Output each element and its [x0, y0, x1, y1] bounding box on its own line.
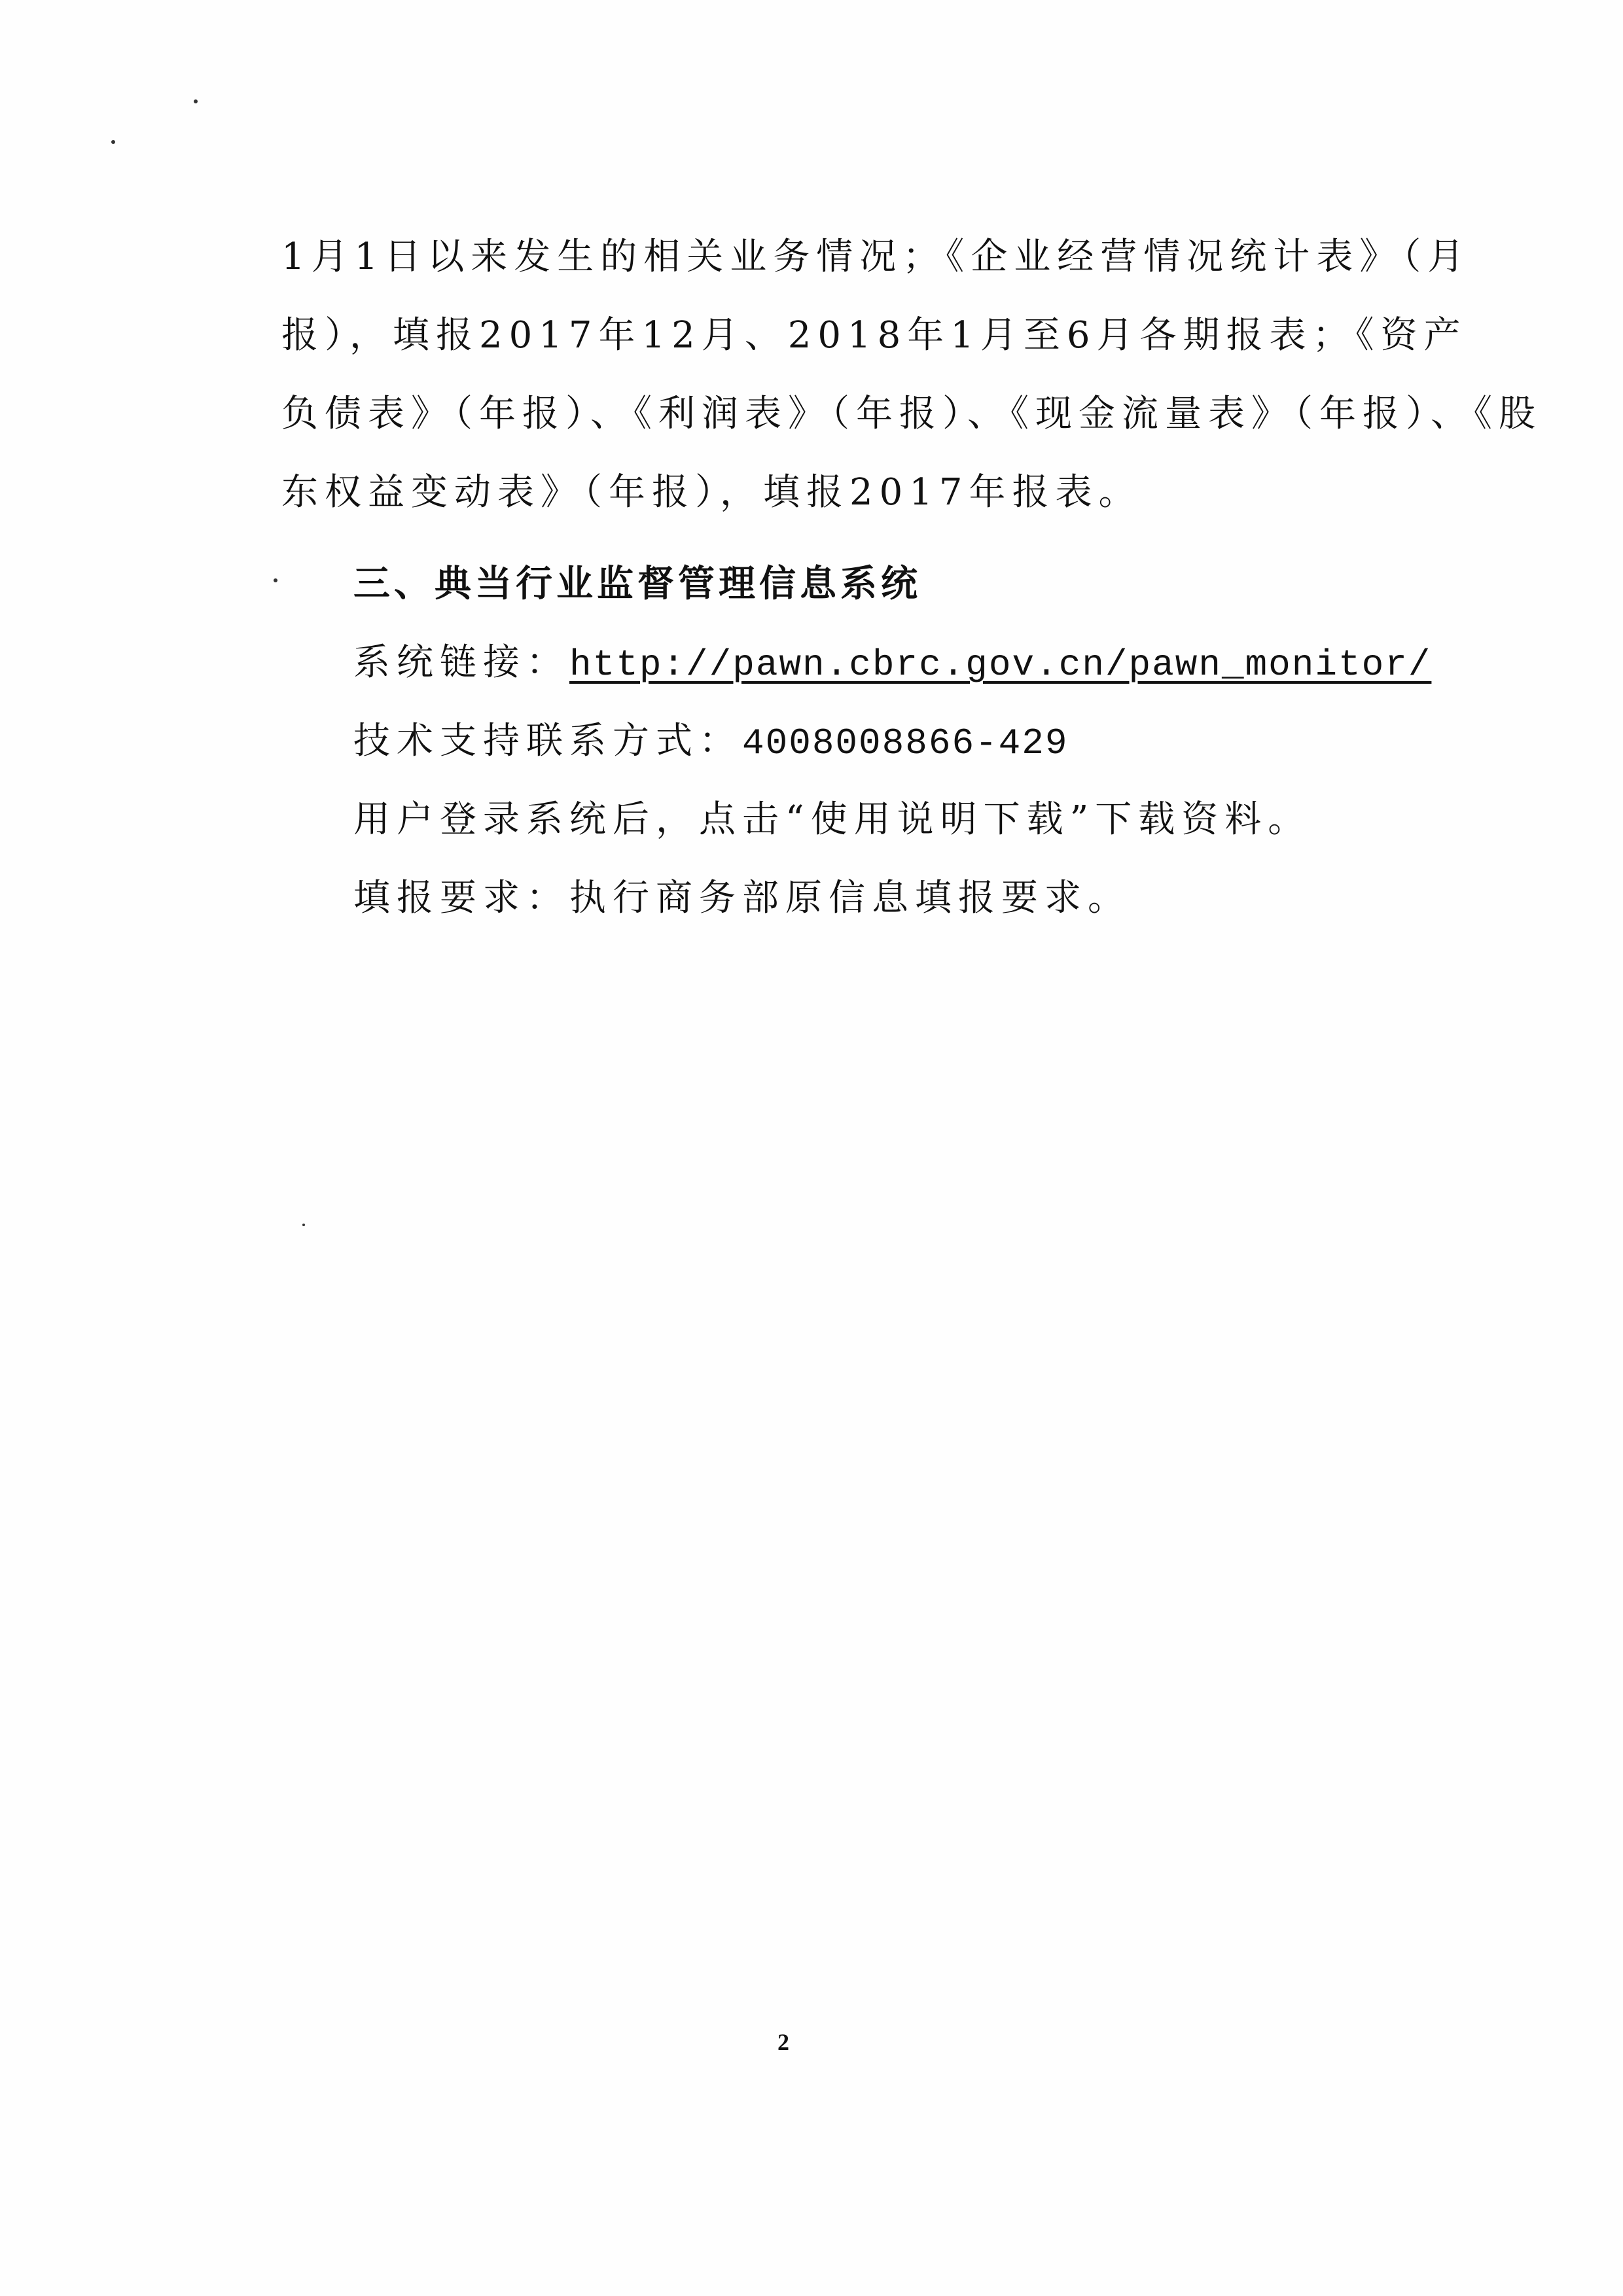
instruction-text: 用户登录系统后，点击“使用说明下载”下载资料。 — [353, 797, 1311, 843]
paragraph-line-1: 1月1日以来发生的相关业务情况；《企业经营情况统计表》（月 — [281, 234, 1471, 280]
scan-speck — [302, 1224, 305, 1226]
scan-speck — [111, 140, 115, 144]
paragraph-line-2: 报），填报2017年12月、2018年1月至6月各期报表；《资产 — [281, 313, 1467, 359]
document-page: 1月1日以来发生的相关业务情况；《企业经营情况统计表》（月 报），填报2017年… — [0, 0, 1623, 2296]
paragraph-line-3: 负债表》（年报）、《利润表》（年报）、《现金流量表》（年报）、《股 — [281, 391, 1542, 437]
paragraph-line-4: 东权益变动表》（年报），填报2017年报表。 — [281, 470, 1142, 516]
section-heading: 三、典当行业监督管理信息系统 — [353, 561, 921, 607]
system-link-row: 系统链接：http://pawn.cbrc.gov.cn/pawn_monito… — [353, 640, 1431, 688]
scan-speck — [274, 578, 277, 582]
support-contact-row: 技术支持联系方式：4008008866-429 — [353, 718, 1068, 766]
requirement-text: 填报要求：执行商务部原信息填报要求。 — [353, 875, 1131, 921]
support-phone: 4008008866-429 — [742, 722, 1068, 764]
support-label: 技术支持联系方式： — [353, 720, 742, 762]
scan-speck — [194, 99, 198, 103]
system-link[interactable]: http://pawn.cbrc.gov.cn/pawn_monitor/ — [569, 644, 1431, 686]
page-number: 2 — [777, 2028, 789, 2056]
system-link-label: 系统链接： — [353, 641, 569, 684]
